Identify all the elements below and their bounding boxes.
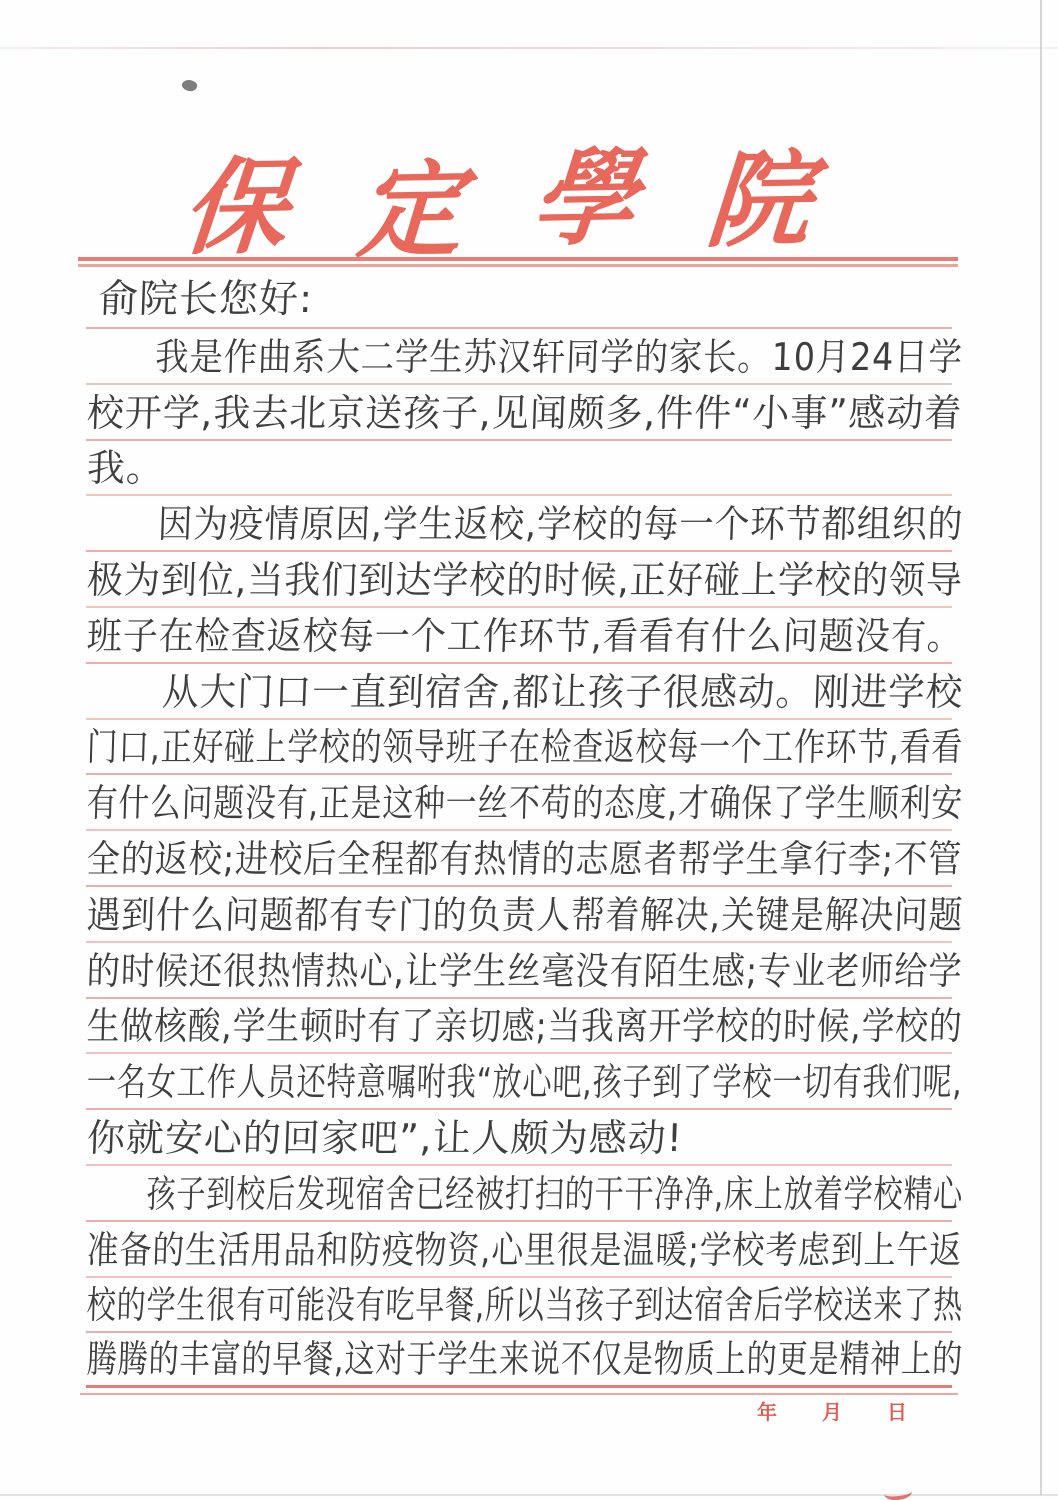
- handwritten-line: 我是作曲系大二学生苏汉轩同学的家长。10月24日学: [86, 327, 952, 385]
- handwritten-line: 准备的生活用品和防疫物资,心里很是温暖;学校考虑到上午返: [86, 1220, 952, 1278]
- line-text: 一名女工作人员还特意嘱咐我“放心吧,孩子到了学校一切有我们呢,: [86, 1058, 963, 1108]
- scan-artifact-red-mark: [883, 1485, 912, 1500]
- handwritten-line: 有什么问题没有,正是这种一丝不苟的态度,才确保了学生顺利安: [86, 773, 952, 831]
- handwritten-line: 从大门口一直到宿舍,都让孩子很感动。刚进学校: [86, 662, 952, 720]
- handwritten-line: 极为到位,当我们到达学校的时候,正好碰上学校的领导: [86, 550, 952, 608]
- line-text: 从大门口一直到宿舍,都让孩子很感动。刚进学校: [86, 668, 964, 718]
- handwritten-line: 因为疫情原因,学生返校,学校的每一个环节都组织的: [86, 494, 952, 552]
- handwritten-line: 腾腾的丰富的早餐,这对于学生来说不仅是物质上的更是精神上的: [86, 1329, 952, 1388]
- line-text: 我是作曲系大二学生苏汉轩同学的家长。10月24日学: [86, 333, 964, 383]
- letterhead-divider: [78, 257, 958, 267]
- date-label-month: 月: [822, 1396, 842, 1425]
- line-text: 腾腾的丰富的早餐,这对于学生来说不仅是物质上的更是精神上的: [86, 1335, 964, 1385]
- line-text: 门口,正好碰上学校的领导班子在检查返校每一个工作环节,看看: [86, 723, 964, 773]
- line-text: 遇到什么问题都有专门的负责人帮着解决,关键是解决问题: [86, 891, 964, 941]
- line-text: 生做核酸,学生顿时有了亲切感;当我离开学校的时候,学校的: [86, 1002, 963, 1052]
- paper-edge-right: [1040, 0, 1042, 1495]
- scan-artifact-top-line: [0, 47, 1058, 49]
- salutation-text: 俞院长您好:: [86, 275, 314, 327]
- ink-smudge: [181, 78, 199, 93]
- date-footer: 年 月 日: [757, 1396, 907, 1425]
- line-text: 的时候还很热情热心,让学生丝毫没有陌生感;专业老师给学: [86, 947, 963, 997]
- line-text: 准备的生活用品和防疫物资,心里很是温暖;学校考虑到上午返: [86, 1226, 963, 1276]
- letterhead-char-xue: 學: [527, 145, 642, 251]
- letterhead-char-ding: 定: [355, 158, 464, 264]
- letterhead-char-bao: 保: [178, 155, 291, 261]
- handwritten-line: 生做核酸,学生顿时有了亲切感;当我离开学校的时候,学校的: [86, 996, 952, 1054]
- handwritten-line: 校开学,我去北京送孩子,见闻颇多,件件“小事”感动着: [86, 383, 952, 441]
- handwritten-line: 校的学生很有可能没有吃早餐,所以当孩子到达宿舍后学校送来了热: [86, 1275, 952, 1333]
- line-text: 校开学,我去北京送孩子,见闻颇多,件件“小事”感动着: [86, 389, 963, 439]
- salutation-row: 俞院长您好:: [86, 271, 952, 329]
- handwritten-line: 你就安心的回家吧”,让人颇为感动!: [86, 1108, 952, 1166]
- handwritten-line: 一名女工作人员还特意嘱咐我“放心吧,孩子到了学校一切有我们呢,: [86, 1052, 952, 1110]
- line-text: 你就安心的回家吧”,让人颇为感动!: [86, 1114, 684, 1164]
- letterhead-char-yuan: 院: [703, 147, 814, 253]
- line-text: 班子在检查返校每一个工作环节,看看有什么问题没有。: [86, 612, 964, 662]
- line-text: 全的返校;进校后全程都有热情的志愿者帮学生拿行李;不管: [86, 835, 963, 885]
- line-text: 孩子到校后发现宿舍已经被打扫的干干净净,床上放着学校精心: [86, 1170, 964, 1220]
- handwritten-line: 遇到什么问题都有专门的负责人帮着解决,关键是解决问题: [86, 885, 952, 943]
- line-text: 有什么问题没有,正是这种一丝不苟的态度,才确保了学生顺利安: [86, 779, 964, 829]
- handwritten-line: 的时候还很热情热心,让学生丝毫没有陌生感;专业老师给学: [86, 941, 952, 999]
- letterhead-institution-name: 保 定 學 院: [182, 133, 812, 274]
- bottom-rule-double-line: [80, 1393, 958, 1395]
- handwritten-line: 孩子到校后发现宿舍已经被打扫的干干净净,床上放着学校精心: [86, 1164, 952, 1222]
- line-text: 极为到位,当我们到达学校的时候,正好碰上学校的领导: [86, 556, 964, 606]
- date-label-day: 日: [887, 1396, 907, 1425]
- line-text: 因为疫情原因,学生返校,学校的每一个环节都组织的: [86, 500, 964, 550]
- line-text: 校的学生很有可能没有吃早餐,所以当孩子到达宿舍后学校送来了热: [86, 1281, 964, 1331]
- scanned-letter-page: 保 定 學 院 俞院长您好: 我是作曲系大二学生苏汉轩同学的家长。10月24日学…: [0, 0, 1058, 1500]
- date-label-year: 年: [757, 1396, 777, 1425]
- handwritten-line: 全的返校;进校后全程都有热情的志愿者帮学生拿行李;不管: [86, 829, 952, 887]
- handwritten-line: 班子在检查返校每一个工作环节,看看有什么问题没有。: [86, 606, 952, 664]
- line-text: 我。: [86, 444, 166, 494]
- handwritten-line: 我。: [86, 438, 952, 496]
- handwritten-line: 门口,正好碰上学校的领导班子在检查返校每一个工作环节,看看: [86, 717, 952, 775]
